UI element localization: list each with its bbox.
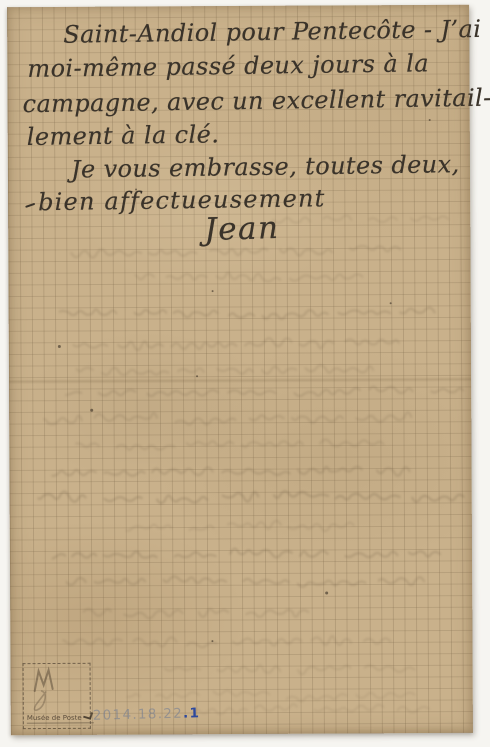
- dust-speck: [325, 592, 328, 595]
- dust-speck: [390, 302, 392, 304]
- handwritten-line: Je vous embrasse, toutes deux,: [71, 150, 460, 183]
- handwritten-line: moi-même passé deux jours à la: [27, 49, 429, 83]
- stamp-caption-text: Musée de Poste: [27, 714, 82, 722]
- dust-speck: [429, 119, 431, 121]
- stamp-monogram-icon: [27, 666, 71, 716]
- inventory-number-pencil: 2014.18.22: [93, 706, 184, 724]
- stamp-flourish-icon: [83, 710, 93, 719]
- handwritten-line: bien affectueusement: [25, 184, 326, 216]
- inventory-number-suffix: .1: [183, 705, 200, 721]
- handwriting-layer: Saint-Andiol pour Pentecôte - J’aimoi-mê…: [7, 5, 473, 735]
- signature: Jean: [204, 210, 280, 248]
- stamp-caption: Musée de Poste: [27, 712, 94, 723]
- dust-speck: [90, 409, 93, 412]
- dust-speck: [211, 640, 213, 642]
- handwritten-line: Saint-Andiol pour Pentecôte - J’ai: [63, 15, 481, 49]
- dust-speck: [196, 375, 198, 377]
- dust-speck: [370, 59, 372, 61]
- dust-speck: [58, 345, 61, 348]
- handwritten-line: campagne, avec un excellent ravitail-: [22, 84, 490, 119]
- dust-speck: [212, 290, 214, 292]
- museum-stamp: Musée de Poste: [23, 663, 91, 729]
- letter-paper: Saint-Andiol pour Pentecôte - J’aimoi-mê…: [7, 5, 473, 735]
- inventory-number: 2014.18.22.1: [93, 705, 201, 723]
- handwritten-line: lement à la clé.: [27, 120, 220, 151]
- dust-speck: [135, 189, 137, 191]
